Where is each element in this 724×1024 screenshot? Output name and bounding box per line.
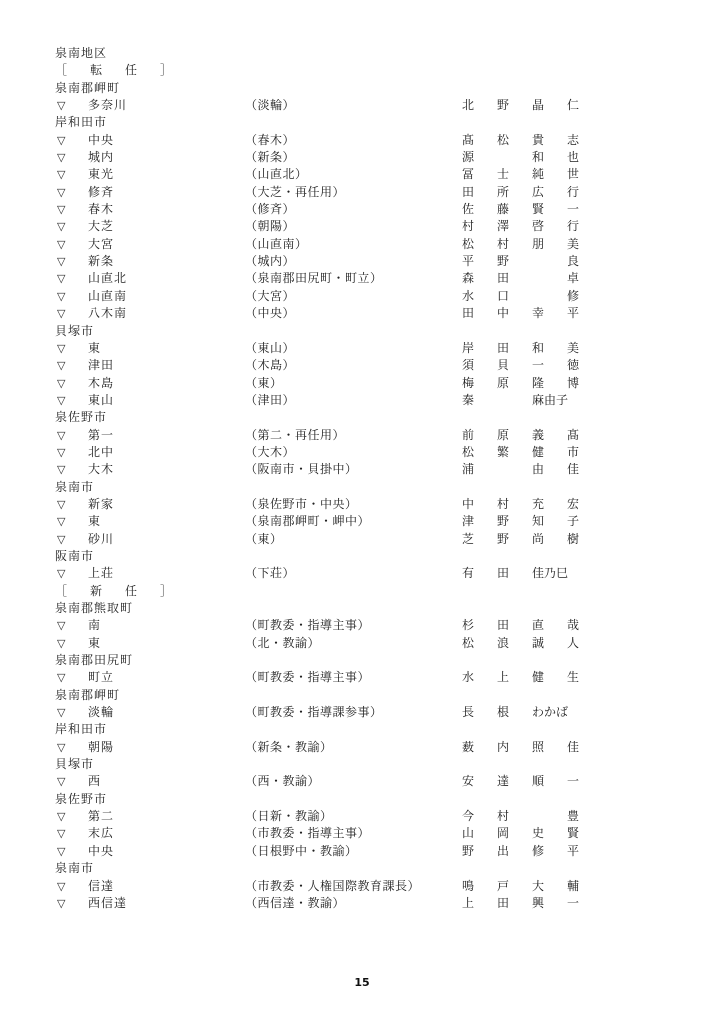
label-text: 貝塚市	[55, 324, 94, 338]
name-slot: 誠	[532, 635, 567, 652]
person-name: 源和也	[462, 149, 602, 166]
triangle-marker-icon: ▽	[57, 218, 65, 235]
person-name: 杉田直哉	[462, 617, 602, 634]
entry-row: ▽末広（市教委・指導主事）山岡史賢	[55, 825, 178, 842]
school-name: 大芝	[88, 218, 114, 235]
name-slot: 平	[567, 843, 602, 860]
name-slot: 広	[532, 184, 567, 201]
school-name: 西信達	[88, 895, 127, 912]
previous-post: （大木）	[245, 444, 295, 461]
name-slot: 中	[462, 496, 497, 513]
name-slot: 水	[462, 288, 497, 305]
school-name: 町立	[88, 669, 114, 686]
city-header: 泉南郡岬町	[55, 687, 178, 704]
person-name: 中村充宏	[462, 496, 602, 513]
name-slot: 卓	[567, 270, 602, 287]
person-name: 安達順一	[462, 773, 602, 790]
city-header: 泉南郡熊取町	[55, 600, 178, 617]
school-name: 東	[88, 513, 101, 530]
name-slot: 哉	[567, 617, 602, 634]
name-slot: 浪	[497, 635, 532, 652]
name-slot: 知	[532, 513, 567, 530]
label-text: 泉南市	[55, 861, 94, 875]
previous-post: （大芝・再任用）	[245, 184, 345, 201]
triangle-marker-icon: ▽	[57, 565, 65, 582]
entry-row: ▽東（泉南郡岬町・岬中）津野知子	[55, 513, 178, 530]
name-slot: 充	[532, 496, 567, 513]
triangle-marker-icon: ▽	[57, 825, 65, 842]
entry-row: ▽淡輪（町教委・指導課参事）長根わかば	[55, 704, 178, 721]
previous-post: （阪南市・貝掛中）	[245, 461, 358, 478]
school-name: 八木南	[88, 305, 127, 322]
name-slot: 也	[567, 149, 602, 166]
name-slot: 野	[497, 97, 532, 114]
person-name: 須貝一徳	[462, 357, 602, 374]
entry-row: ▽大木（阪南市・貝掛中）浦由佳	[55, 461, 178, 478]
previous-post: （山直北）	[245, 166, 308, 183]
name-slot: 田	[497, 340, 532, 357]
previous-post: （町教委・指導主事）	[245, 669, 370, 686]
entry-row: ▽砂川（東）芝野尚樹	[55, 531, 178, 548]
previous-post: （北・教諭）	[245, 635, 320, 652]
name-slot: 野	[497, 253, 532, 270]
name-slot: 田	[462, 184, 497, 201]
name-slot: 士	[497, 166, 532, 183]
entry-row: ▽大宮（山直南）松村朋美	[55, 236, 178, 253]
name-slot: 藤	[497, 201, 532, 218]
name-slot: 仁	[567, 97, 602, 114]
previous-post: （東）	[245, 375, 283, 392]
name-slot: 貴	[532, 132, 567, 149]
name-slot: 志	[567, 132, 602, 149]
entry-row: ▽新条（城内）平野良	[55, 253, 178, 270]
school-name: 信達	[88, 878, 114, 895]
name-slot: 田	[497, 617, 532, 634]
previous-post: （新条）	[245, 149, 295, 166]
name-slot: 薮	[462, 739, 497, 756]
name-slot: 生	[567, 669, 602, 686]
name-slot: 北	[462, 97, 497, 114]
entry-row: ▽町立（町教委・指導主事）水上健生	[55, 669, 178, 686]
name-slot: 杉	[462, 617, 497, 634]
entry-row: ▽第一（第二・再任用）前原義髙	[55, 427, 178, 444]
name-slot: 晶	[532, 97, 567, 114]
label-text: 貝塚市	[55, 757, 94, 771]
name-slot: 朋	[532, 236, 567, 253]
school-name: 大木	[88, 461, 114, 478]
previous-post: （泉佐野市・中央）	[245, 496, 358, 513]
previous-post: （中央）	[245, 305, 295, 322]
previous-post: （津田）	[245, 392, 295, 409]
name-slot: 秦	[462, 392, 497, 409]
name-slot: 松	[462, 444, 497, 461]
person-name: 鳴戸大輔	[462, 878, 602, 895]
label-text: 岸和田市	[55, 115, 107, 129]
name-slot: 博	[567, 375, 602, 392]
school-name: 修斉	[88, 184, 114, 201]
city-header: 泉南郡岬町	[55, 80, 178, 97]
name-slot: 啓	[532, 218, 567, 235]
name-slot: 鳴	[462, 878, 497, 895]
entry-row: ▽東（北・教諭）松浪誠人	[55, 635, 178, 652]
school-name: 末広	[88, 825, 114, 842]
name-slot: 野	[497, 531, 532, 548]
name-slot: 上	[462, 895, 497, 912]
entry-row: ▽中央（春木）髙松貴志	[55, 132, 178, 149]
triangle-marker-icon: ▽	[57, 808, 65, 825]
name-slot: 繁	[497, 444, 532, 461]
name-slot: 村	[462, 218, 497, 235]
name-slot: 田	[462, 305, 497, 322]
previous-post: （泉南郡岬町・岬中）	[245, 513, 370, 530]
name-slot: 戸	[497, 878, 532, 895]
person-name: 岸田和美	[462, 340, 602, 357]
previous-post: （日根野中・教諭）	[245, 843, 358, 860]
entry-row: ▽信達（市教委・人権国際教育課長）鳴戸大輔	[55, 878, 178, 895]
name-slot: 一	[532, 357, 567, 374]
category-header: ［ 新 任 ］	[55, 583, 178, 600]
name-slot: 一	[567, 773, 602, 790]
name-slot: 芝	[462, 531, 497, 548]
city-header: 岸和田市	[55, 721, 178, 738]
previous-post: （町教委・指導課参事）	[245, 704, 383, 721]
name-slot: 美	[567, 340, 602, 357]
name-slot: 田	[497, 895, 532, 912]
entry-row: ▽春木（修斉）佐藤賢一	[55, 201, 178, 218]
previous-post: （西・教諭）	[245, 773, 320, 790]
name-slot: 原	[497, 427, 532, 444]
triangle-marker-icon: ▽	[57, 617, 65, 634]
school-name: 東	[88, 635, 101, 652]
label-text: 泉南郡田尻町	[55, 653, 133, 667]
page-number: 15	[0, 976, 724, 989]
name-slot: 健	[532, 444, 567, 461]
name-slot: 村	[497, 236, 532, 253]
entry-row: ▽山直北（泉南郡田尻町・町立）森田卓	[55, 270, 178, 287]
school-name: 淡輪	[88, 704, 114, 721]
entry-row: ▽津田（木島）須貝一徳	[55, 357, 178, 374]
name-slot: 隆	[532, 375, 567, 392]
label-text: ［ 転 任 ］	[55, 63, 178, 77]
name-slot: 賢	[567, 825, 602, 842]
triangle-marker-icon: ▽	[57, 97, 65, 114]
name-slot: 達	[497, 773, 532, 790]
person-name: 田所広行	[462, 184, 602, 201]
name-slot: 髙	[567, 427, 602, 444]
name-slot: 史	[532, 825, 567, 842]
school-name: 第二	[88, 808, 114, 825]
triangle-marker-icon: ▽	[57, 513, 65, 530]
name-slot: 和	[532, 340, 567, 357]
entry-row: ▽北中（大木）松繁健市	[55, 444, 178, 461]
triangle-marker-icon: ▽	[57, 149, 65, 166]
name-slot: 大	[532, 878, 567, 895]
label-text: 泉南地区	[55, 46, 107, 60]
name-slot: 一	[567, 895, 602, 912]
previous-post: （新条・教諭）	[245, 739, 333, 756]
name-slot: 麻由子	[532, 392, 567, 409]
school-name: 新条	[88, 253, 114, 270]
school-name: 新家	[88, 496, 114, 513]
name-slot: 幸	[532, 305, 567, 322]
person-name: 田中幸平	[462, 305, 602, 322]
region-title: 泉南地区	[55, 45, 178, 62]
triangle-marker-icon: ▽	[57, 340, 65, 357]
name-slot: 健	[532, 669, 567, 686]
name-slot: 根	[497, 704, 532, 721]
person-name: 水口修	[462, 288, 602, 305]
label-text: 泉佐野市	[55, 792, 107, 806]
entry-row: ▽西信達（西信達・教諭）上田興一	[55, 895, 178, 912]
school-name: 多奈川	[88, 97, 127, 114]
name-slot: 澤	[497, 218, 532, 235]
previous-post: （木島）	[245, 357, 295, 374]
name-slot: 子	[567, 513, 602, 530]
entry-row: ▽修斉（大芝・再任用）田所広行	[55, 184, 178, 201]
name-slot: 有	[462, 565, 497, 582]
triangle-marker-icon: ▽	[57, 305, 65, 322]
school-name: 南	[88, 617, 101, 634]
name-slot: 尚	[532, 531, 567, 548]
entry-row: ▽南（町教委・指導主事）杉田直哉	[55, 617, 178, 634]
name-slot: 順	[532, 773, 567, 790]
name-slot: 田	[497, 565, 532, 582]
name-slot: 平	[462, 253, 497, 270]
city-header: 岸和田市	[55, 114, 178, 131]
person-name: 薮内照佳	[462, 739, 602, 756]
entry-row: ▽山直南（大宮）水口修	[55, 288, 178, 305]
triangle-marker-icon: ▽	[57, 184, 65, 201]
name-slot: 浦	[462, 461, 497, 478]
label-text: ［ 新 任 ］	[55, 584, 178, 598]
name-slot: 冨	[462, 166, 497, 183]
previous-post: （西信達・教諭）	[245, 895, 345, 912]
name-slot: 松	[462, 236, 497, 253]
person-name: 森田卓	[462, 270, 602, 287]
triangle-marker-icon: ▽	[57, 704, 65, 721]
name-slot: 口	[497, 288, 532, 305]
person-name: 冨士純世	[462, 166, 602, 183]
person-name: 松村朋美	[462, 236, 602, 253]
name-slot: 行	[567, 218, 602, 235]
name-slot: 村	[497, 496, 532, 513]
triangle-marker-icon: ▽	[57, 669, 65, 686]
triangle-marker-icon: ▽	[57, 392, 65, 409]
triangle-marker-icon: ▽	[57, 270, 65, 287]
previous-post: （東山）	[245, 340, 295, 357]
label-text: 泉南郡熊取町	[55, 601, 133, 615]
label-text: 泉南市	[55, 480, 94, 494]
school-name: 木島	[88, 375, 114, 392]
name-slot: 佳	[567, 739, 602, 756]
school-name: 山直南	[88, 288, 127, 305]
school-name: 西	[88, 773, 101, 790]
name-slot: 内	[497, 739, 532, 756]
triangle-marker-icon: ▽	[57, 496, 65, 513]
previous-post: （市教委・指導主事）	[245, 825, 370, 842]
school-name: 第一	[88, 427, 114, 444]
entry-row: ▽八木南（中央）田中幸平	[55, 305, 178, 322]
triangle-marker-icon: ▽	[57, 843, 65, 860]
person-name: 有田佳乃巳	[462, 565, 602, 582]
person-name: 松浪誠人	[462, 635, 602, 652]
school-name: 東山	[88, 392, 114, 409]
person-name: 今村豊	[462, 808, 602, 825]
name-slot: 須	[462, 357, 497, 374]
name-slot: 野	[497, 513, 532, 530]
person-name: 水上健生	[462, 669, 602, 686]
entry-row: ▽大芝（朝陽）村澤啓行	[55, 218, 178, 235]
name-slot: 佳	[567, 461, 602, 478]
label-text: 泉佐野市	[55, 410, 107, 424]
city-header: 貝塚市	[55, 756, 178, 773]
previous-post: （淡輪）	[245, 97, 295, 114]
name-slot: 田	[497, 270, 532, 287]
person-name: 松繁健市	[462, 444, 602, 461]
previous-post: （朝陽）	[245, 218, 295, 235]
name-slot: 賢	[532, 201, 567, 218]
person-name: 上田興一	[462, 895, 602, 912]
triangle-marker-icon: ▽	[57, 461, 65, 478]
name-slot: 水	[462, 669, 497, 686]
name-slot: 梅	[462, 375, 497, 392]
category-header: ［ 転 任 ］	[55, 62, 178, 79]
name-slot: 世	[567, 166, 602, 183]
entry-row: ▽多奈川（淡輪）北野晶仁	[55, 97, 178, 114]
name-slot: 輔	[567, 878, 602, 895]
label-text: 阪南市	[55, 549, 94, 563]
school-name: 北中	[88, 444, 114, 461]
previous-post: （市教委・人権国際教育課長）	[245, 878, 420, 895]
name-slot: 樹	[567, 531, 602, 548]
triangle-marker-icon: ▽	[57, 375, 65, 392]
name-slot: 所	[497, 184, 532, 201]
name-slot: 今	[462, 808, 497, 825]
name-slot: 野	[462, 843, 497, 860]
previous-post: （日新・教諭）	[245, 808, 333, 825]
person-name: 野出修平	[462, 843, 602, 860]
entry-row: ▽上荘（下荘）有田佳乃巳	[55, 565, 178, 582]
name-slot: 徳	[567, 357, 602, 374]
triangle-marker-icon: ▽	[57, 166, 65, 183]
previous-post: （下荘）	[245, 565, 295, 582]
school-name: 上荘	[88, 565, 114, 582]
entry-row: ▽西（西・教諭）安達順一	[55, 773, 178, 790]
name-slot: 修	[532, 843, 567, 860]
person-name: 髙松貴志	[462, 132, 602, 149]
document-page: 泉南地区［ 転 任 ］泉南郡岬町▽多奈川（淡輪）北野晶仁岸和田市▽中央（春木）髙…	[0, 0, 724, 1024]
school-name: 砂川	[88, 531, 114, 548]
name-slot: 豊	[567, 808, 602, 825]
name-slot: 岸	[462, 340, 497, 357]
name-slot: 由	[532, 461, 567, 478]
previous-post: （城内）	[245, 253, 295, 270]
school-name: 大宮	[88, 236, 114, 253]
triangle-marker-icon: ▽	[57, 357, 65, 374]
previous-post: （東）	[245, 531, 283, 548]
name-slot: 宏	[567, 496, 602, 513]
previous-post: （第二・再任用）	[245, 427, 345, 444]
triangle-marker-icon: ▽	[57, 739, 65, 756]
city-header: 泉佐野市	[55, 409, 178, 426]
name-slot: 森	[462, 270, 497, 287]
name-slot: 津	[462, 513, 497, 530]
city-header: 泉佐野市	[55, 791, 178, 808]
name-slot: 松	[497, 132, 532, 149]
personnel-list: 泉南地区［ 転 任 ］泉南郡岬町▽多奈川（淡輪）北野晶仁岸和田市▽中央（春木）髙…	[55, 45, 178, 912]
person-name: 平野良	[462, 253, 602, 270]
triangle-marker-icon: ▽	[57, 635, 65, 652]
school-name: 中央	[88, 132, 114, 149]
person-name: 梅原隆博	[462, 375, 602, 392]
city-header: 阪南市	[55, 548, 178, 565]
triangle-marker-icon: ▽	[57, 878, 65, 895]
name-slot: 良	[567, 253, 602, 270]
name-slot: 村	[497, 808, 532, 825]
triangle-marker-icon: ▽	[57, 253, 65, 270]
name-slot: 前	[462, 427, 497, 444]
name-slot: 行	[567, 184, 602, 201]
name-slot: 佳乃巳	[532, 565, 567, 582]
triangle-marker-icon: ▽	[57, 201, 65, 218]
city-header: 泉南郡田尻町	[55, 652, 178, 669]
person-name: 北野晶仁	[462, 97, 602, 114]
school-name: 山直北	[88, 270, 127, 287]
entry-row: ▽新家（泉佐野市・中央）中村充宏	[55, 496, 178, 513]
entry-row: ▽朝陽（新条・教諭）薮内照佳	[55, 739, 178, 756]
triangle-marker-icon: ▽	[57, 236, 65, 253]
school-name: 津田	[88, 357, 114, 374]
name-slot: 平	[567, 305, 602, 322]
name-slot: 貝	[497, 357, 532, 374]
city-header: 泉南市	[55, 860, 178, 877]
entry-row: ▽東山（津田）秦麻由子	[55, 392, 178, 409]
person-name: 芝野尚樹	[462, 531, 602, 548]
person-name: 秦麻由子	[462, 392, 602, 409]
name-slot: 直	[532, 617, 567, 634]
entry-row: ▽中央（日根野中・教諭）野出修平	[55, 843, 178, 860]
name-slot: 髙	[462, 132, 497, 149]
triangle-marker-icon: ▽	[57, 531, 65, 548]
person-name: 山岡史賢	[462, 825, 602, 842]
city-header: 貝塚市	[55, 323, 178, 340]
label-text: 泉南郡岬町	[55, 688, 120, 702]
entry-row: ▽東光（山直北）冨士純世	[55, 166, 178, 183]
previous-post: （大宮）	[245, 288, 295, 305]
name-slot: 修	[567, 288, 602, 305]
school-name: 東	[88, 340, 101, 357]
name-slot: 出	[497, 843, 532, 860]
person-name: 前原義髙	[462, 427, 602, 444]
name-slot: 興	[532, 895, 567, 912]
person-name: 長根わかば	[462, 704, 602, 721]
entry-row: ▽木島（東）梅原隆博	[55, 375, 178, 392]
triangle-marker-icon: ▽	[57, 444, 65, 461]
name-slot: 和	[532, 149, 567, 166]
triangle-marker-icon: ▽	[57, 895, 65, 912]
triangle-marker-icon: ▽	[57, 288, 65, 305]
previous-post: （町教委・指導主事）	[245, 617, 370, 634]
previous-post: （泉南郡田尻町・町立）	[245, 270, 383, 287]
person-name: 佐藤賢一	[462, 201, 602, 218]
name-slot: 中	[497, 305, 532, 322]
name-slot: 松	[462, 635, 497, 652]
entry-row: ▽城内（新条）源和也	[55, 149, 178, 166]
name-slot: 義	[532, 427, 567, 444]
triangle-marker-icon: ▽	[57, 773, 65, 790]
school-name: 東光	[88, 166, 114, 183]
name-slot: 佐	[462, 201, 497, 218]
